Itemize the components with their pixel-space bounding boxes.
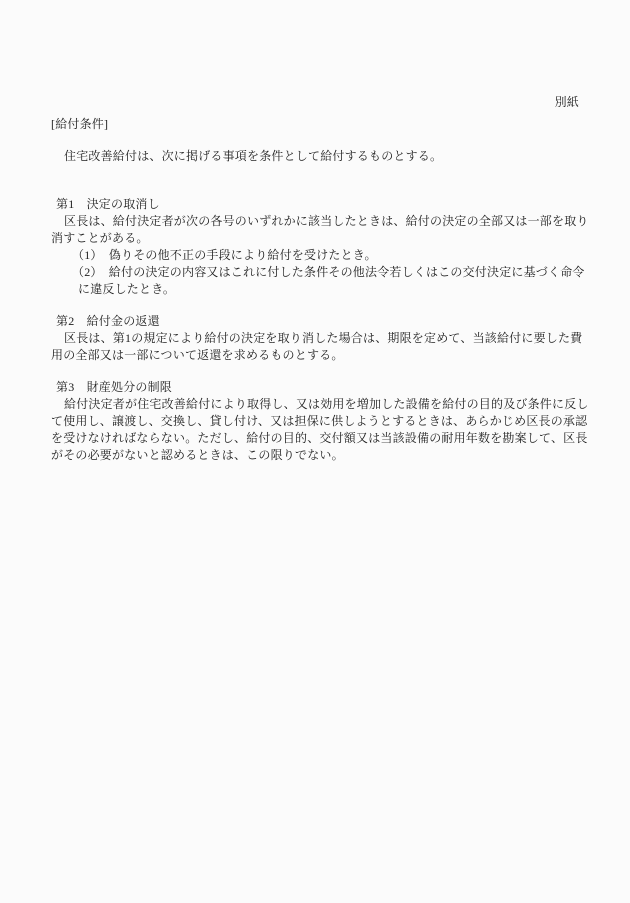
section-1-paragraph-line-2: 消すことがある。 — [51, 230, 579, 247]
section-1: 第1 決定の取消し 区長は、給付決定者が次の各号のいずれかに該当したときは、給付… — [51, 196, 579, 298]
section-3-heading: 第3 財産処分の制限 — [56, 379, 579, 396]
section-2-paragraph-line-1: 区長は、第1の規定により給付の決定を取り消した場合は、期限を定めて、当該給付に要… — [64, 330, 579, 347]
section-1-paragraph-line-1: 区長は、給付決定者が次の各号のいずれかに該当したときは、給付の決定の全部又は一部… — [64, 213, 579, 230]
document-page: 別紙 [給付条件] 住宅改善給付は、次に掲げる事項を条件として給付するものとする… — [0, 0, 630, 903]
section-3: 第3 財産処分の制限 給付決定者が住宅改善給付により取得し、又は効用を増加した設… — [51, 379, 579, 464]
section-3-paragraph-line-1: 給付決定者が住宅改善給付により取得し、又は効用を増加した設備を給付の目的及び条件… — [64, 396, 579, 413]
section-1-item-1-line-1: （1） 偽りその他不正の手段により給付を受けたとき。 — [72, 247, 579, 264]
section-2-paragraph-line-2: 用の全部又は一部について返還を求めるものとする。 — [51, 347, 579, 364]
page-corner-label: 別紙 — [51, 94, 579, 111]
section-3-paragraph-line-4: がその必要がないと認めるときは、この限りでない。 — [51, 447, 579, 464]
intro-paragraph: 住宅改善給付は、次に掲げる事項を条件として給付するものとする。 — [64, 148, 579, 165]
section-1-heading: 第1 決定の取消し — [56, 196, 579, 213]
section-3-paragraph-line-2: て使用し、譲渡し、交換し、貸し付け、又は担保に供しようとするときは、あらかじめ区… — [51, 413, 579, 430]
section-2-heading: 第2 給付金の返還 — [56, 313, 579, 330]
section-1-item-2-line-2: に違反したとき。 — [78, 281, 579, 298]
section-3-paragraph-line-3: を受けなければならない。ただし、給付の目的、交付額又は当該設備の耐用年数を勘案し… — [51, 430, 579, 447]
document-title: [給付条件] — [51, 116, 579, 133]
section-1-item-2-line-1: （2） 給付の決定の内容又はこれに付した条件その他法令若しくはこの交付決定に基づ… — [72, 264, 579, 281]
section-2: 第2 給付金の返還 区長は、第1の規定により給付の決定を取り消した場合は、期限を… — [51, 313, 579, 364]
